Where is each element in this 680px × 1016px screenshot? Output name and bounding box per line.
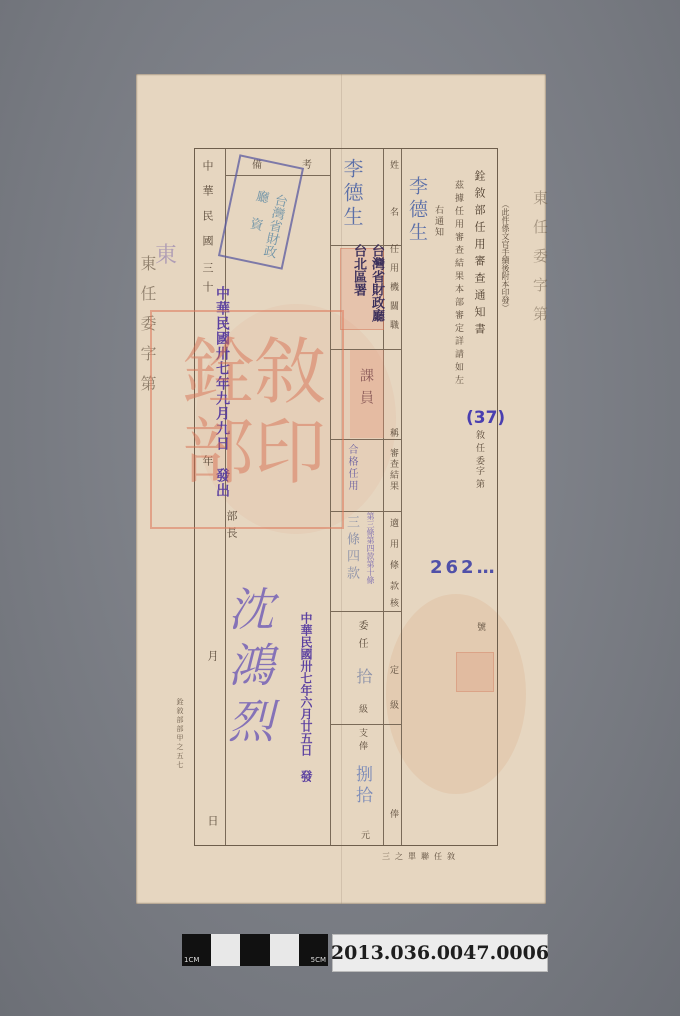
- addressee-label: 右通知: [432, 205, 445, 238]
- intro-text: 茲據任用審查結果本部審定詳請如左: [452, 180, 465, 388]
- divider: [401, 149, 402, 845]
- rule-annotation: 第三條第四款第十條: [366, 512, 375, 584]
- ref-handwritten: (37): [466, 408, 505, 428]
- issue-date-stamp: 中華民國卅七年六月廿五日 發: [298, 612, 315, 782]
- right-margin-text: 東任委字第: [530, 190, 551, 335]
- ref-suffix: 字第: [473, 466, 486, 492]
- form-number: 銓敘部部甲之五七: [175, 698, 185, 770]
- grade-value: 拾: [352, 668, 375, 684]
- date-day-suffix: 日: [204, 815, 220, 826]
- recipient-name: 李德生: [404, 176, 431, 245]
- date-era: 中華民國: [199, 160, 215, 260]
- label-name: 姓名: [387, 160, 400, 254]
- scale-ruler: 1CM 5CM: [182, 934, 328, 966]
- applicable-rule-value: 三條四款: [342, 515, 361, 583]
- note-parenthetical: （此件係文官手續後附本印發）: [500, 200, 511, 312]
- salary-label: 支俸: [356, 728, 369, 754]
- organization-value: 台灣省財政廳台北區署: [345, 244, 385, 334]
- label-grade: 稱: [387, 428, 400, 437]
- small-red-seal: [456, 652, 494, 692]
- accession-number-label: 2013.036.0047.0006: [332, 934, 548, 972]
- recipient-name-remarks: 李德生: [338, 158, 367, 230]
- position-value: 課員: [356, 368, 376, 412]
- label-applicable-rule: 適用條款: [387, 518, 400, 602]
- footer-text: 三之單聯任敘: [382, 851, 460, 862]
- ref-number: 262…: [430, 557, 498, 578]
- label-rank-salary: 級俸: [387, 700, 400, 918]
- ref-prefix: 敘任委: [473, 430, 486, 469]
- appointment-type: 委任: [354, 620, 369, 656]
- review-result-value: 合格任用: [344, 444, 359, 492]
- salary-unit: 元: [358, 830, 371, 839]
- document-title: 銓敘部任用審查通知書: [471, 170, 487, 340]
- minister-signature: 沈鴻烈: [215, 585, 281, 753]
- scale-mark-1cm: 1CM: [184, 956, 199, 964]
- label-position-org: 任用機關職: [387, 244, 400, 339]
- grade-suffix: 級: [356, 704, 369, 713]
- official-seal: 銓敘部印: [150, 310, 344, 529]
- salary-amount: 捌拾: [350, 765, 375, 807]
- label-review-result: 審查結果: [387, 448, 400, 492]
- ref-end: 號: [474, 622, 487, 631]
- scale-mark-5cm: 5CM: [311, 956, 326, 964]
